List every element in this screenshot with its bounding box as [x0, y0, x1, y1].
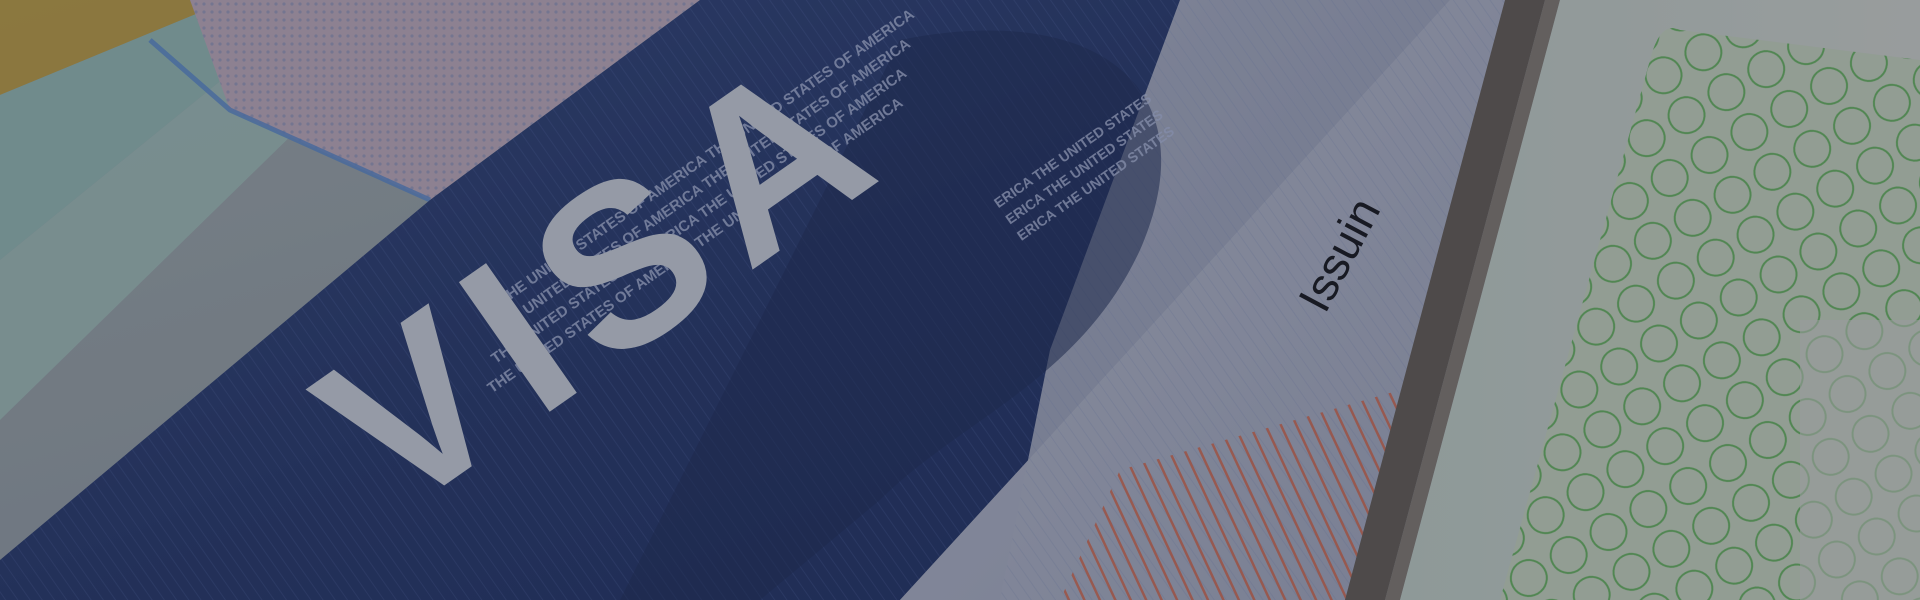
hero-banner: THE UNITED STATES OF AMERICA THE UNITED …: [0, 0, 1920, 600]
visa-photo: THE UNITED STATES OF AMERICA THE UNITED …: [0, 0, 1920, 600]
